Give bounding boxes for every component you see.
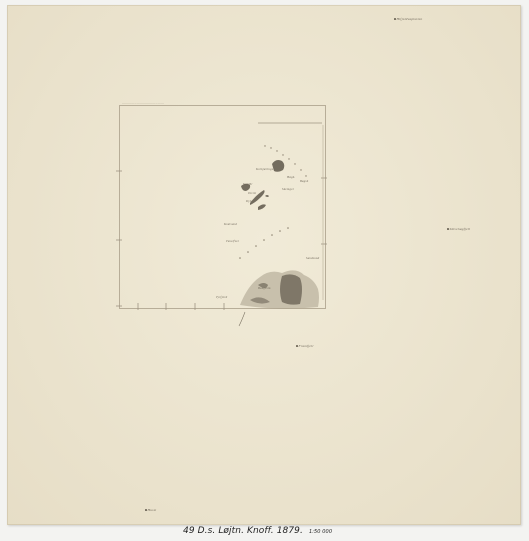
map-scale: 1:50 000: [309, 529, 332, 535]
place-label: Korkjæringen: [256, 167, 275, 171]
place-label: Toriet: [248, 191, 256, 195]
place-label: Framfjell: [296, 344, 314, 348]
place-label: Tyrfjord: [216, 295, 227, 299]
coast-landmass: [240, 270, 319, 308]
map-caption: 49 D.s. Løjtn. Knoff. 1879. 1:50 000: [183, 526, 332, 536]
place-label: Skeinget: [282, 187, 294, 191]
place-label: Skivehøgfjell: [447, 227, 470, 231]
place-label: Hussi: [145, 508, 156, 512]
place-label: Hifjeldvaplutten: [394, 17, 422, 21]
place-label: Kvalsund: [224, 222, 237, 226]
stream-line: [239, 312, 245, 326]
place-label: Bangsvik: [258, 286, 271, 290]
place-label: Bøgsh: [300, 179, 309, 183]
map-drawing: [0, 0, 529, 541]
place-label: Tunelfvet: [226, 239, 239, 243]
place-label: Sandsund: [306, 256, 319, 260]
place-label: Høgh.: [287, 175, 295, 179]
place-label: Dyb: [246, 199, 252, 203]
place-label: Koldbr: [243, 182, 253, 186]
caption-title: 49 D.s. Løjtn. Knoff. 1879.: [183, 526, 303, 536]
